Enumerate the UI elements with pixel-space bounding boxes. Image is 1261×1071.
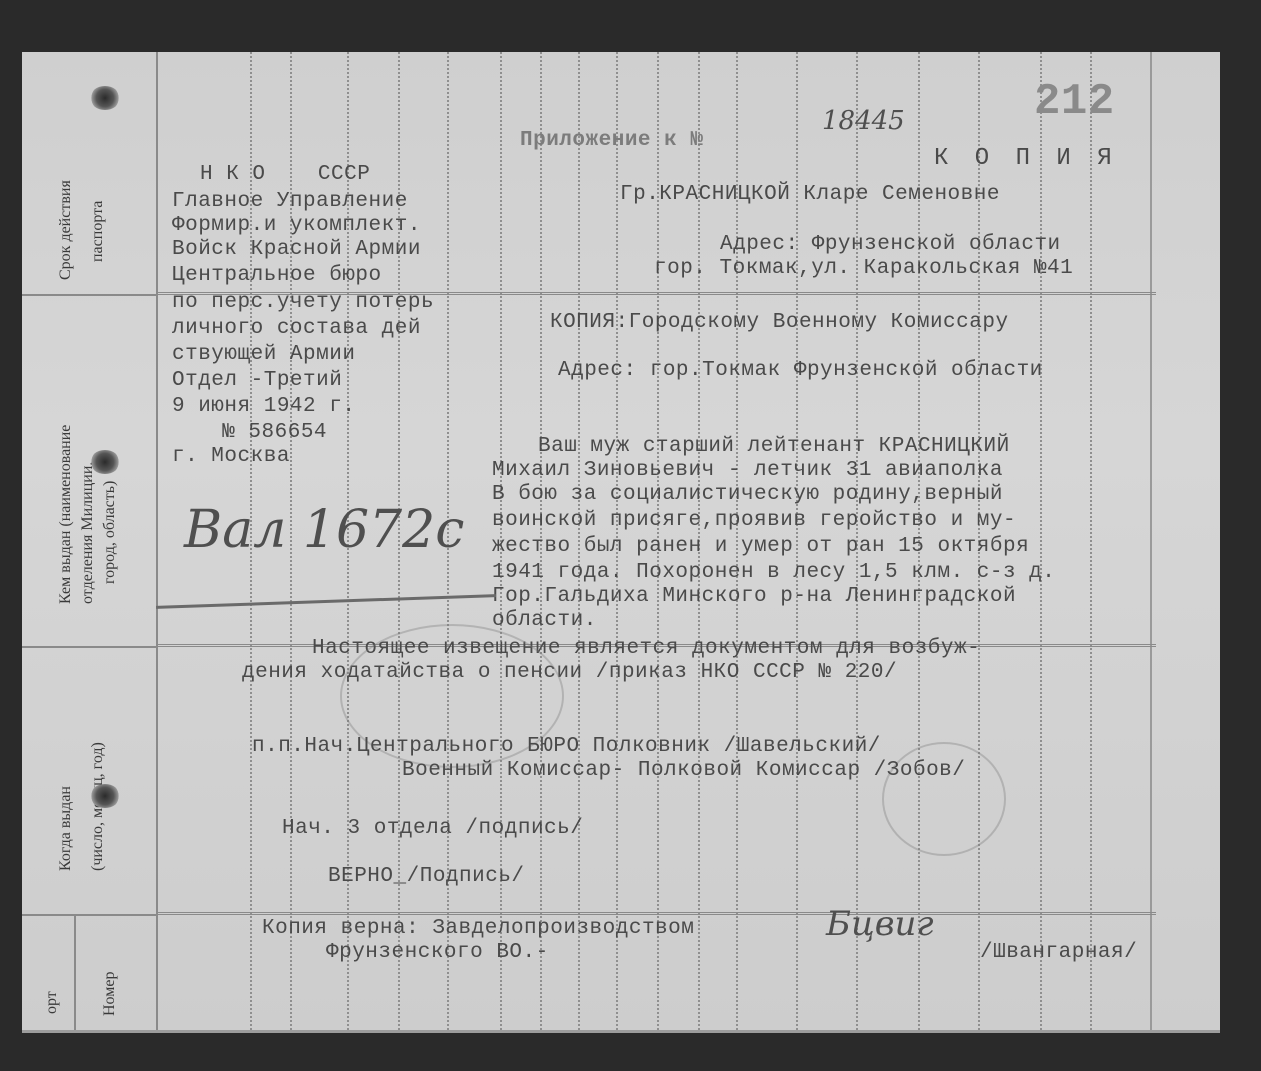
registration-number: 18445 (822, 106, 905, 136)
sender-line: по перс.учету потерь (172, 292, 434, 314)
copy-mark: К О П И Я (934, 148, 1118, 170)
body-line: 1941 года. Похоронен в лесу 1,5 клм. с-з… (492, 562, 1055, 584)
pension-note-2: дения ходатайства о пенсии /приказ НКО С… (242, 662, 897, 684)
sender-line: Центральное бюро (172, 265, 382, 287)
body-line: Ваш муж старший лейтенант КРАСНИЦКИЙ (538, 436, 1010, 458)
sender-line: № 586654 (196, 422, 327, 444)
sender-line: Формир.и укомплект. (172, 215, 421, 237)
sender-line: Н К О СССР (200, 164, 370, 186)
ruling-line (1040, 52, 1042, 1030)
body-line: жество был ранен и умер от ран 15 октябр… (492, 536, 1029, 558)
divider (74, 914, 76, 1030)
issued-by-label-3: город, область) (100, 481, 120, 584)
ruling-line (1090, 52, 1092, 1030)
body-line: В бою за социалистическую родину,верный (492, 484, 1003, 506)
issued-by-label-1: Кем выдан (наименование (56, 425, 76, 604)
issued-by-label-2: отделения Милиции, (78, 462, 98, 604)
body-line: области. (492, 610, 597, 632)
document-sheet: Срок действия паспорта Кем выдан (наимен… (22, 52, 1220, 1033)
issue-date-label-1: Когда выдан (56, 786, 76, 871)
handwritten-underline (156, 594, 496, 609)
copy-to-line-2: Адрес: гор.Токмак Фрунзенской области (558, 360, 1043, 382)
punch-hole (90, 86, 120, 110)
sender-line: 9 июня 1942 г. (172, 396, 355, 418)
number-cell: орт Номер (22, 914, 156, 1030)
recipient-address-2: гор. Токмак,ул. Каракольская №41 (654, 258, 1073, 280)
margin-form-strip: Срок действия паспорта Кем выдан (наимен… (22, 52, 158, 1030)
body-line: Михаил Зиновьевич - летчик 31 авиаполка (492, 460, 1003, 482)
body-line: воинской присяге,проявив геройство и му- (492, 510, 1016, 532)
series-label: орт (42, 991, 62, 1014)
body-line: Гор.Гальдиха Минского р-на Ленинградской (492, 586, 1016, 608)
passport-validity-label-1: Срок действия (56, 180, 76, 280)
passport-validity-label-2: паспорта (88, 201, 108, 262)
issued-by-cell: Кем выдан (наименование отделения Милици… (22, 294, 156, 648)
registration-label: Приложение к № (520, 130, 703, 152)
horizontal-rule (156, 912, 1156, 915)
punch-hole (90, 450, 120, 474)
copy-to-line-1: КОПИЯ:Городскому Военному Комиссару (550, 312, 1009, 334)
archive-number: 212 (1034, 80, 1115, 124)
certification-signer: /Швангарная/ (980, 942, 1137, 964)
certification-line-2: Фрунзенского ВО.- (326, 942, 549, 964)
sender-line: г. Москва (172, 446, 290, 468)
sender-line: Отдел -Третий (172, 370, 342, 392)
sender-line: Главное Управление (172, 191, 408, 213)
punch-hole (90, 784, 120, 808)
sender-line: ствующей Армии (172, 344, 355, 366)
number-label: Номер (100, 972, 120, 1016)
sender-line: личного состава дей (172, 318, 421, 340)
verified-line: ВЕРНО_/Подпись/ (328, 866, 525, 888)
issue-date-cell: Когда выдан (число, месяц, год) (22, 646, 156, 916)
sender-line: Войск Красной Армии (172, 239, 421, 261)
recipient-name: Гр.КРАСНИЦКОЙ Кларе Семеновне (620, 184, 1000, 206)
recipient-address-1: Адрес: Фрунзенской области (720, 234, 1061, 256)
passport-validity-cell: Срок действия паспорта (22, 52, 156, 296)
signature-line-1: п.п.Нач.Центрального БЮРО Полковник /Шав… (252, 736, 881, 758)
certification-line-1: Копия верна: Завделопроизводством (262, 918, 694, 940)
certification-signature: Бцвиг (826, 904, 934, 944)
handwritten-note: Вал 1672с (184, 500, 464, 560)
dept-chief-line: Нач. 3 отдела /подпись/ (282, 818, 583, 840)
signature-line-2: Военный Комиссар- Полковой Комиссар /Зоб… (402, 760, 965, 782)
ruling-line (1150, 52, 1152, 1030)
